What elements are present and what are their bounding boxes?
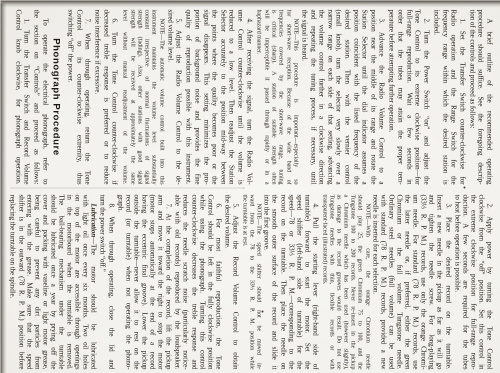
text-line: will be imperceptible if passed through …	[261, 9, 268, 184]
text-line: 2. Apply power by turning the Tone Contr…	[485, 194, 493, 369]
paragraph: 1. Turn the Transfer Switch and Record V…	[13, 9, 30, 184]
text-line: entering with the grease. Make sure that…	[25, 194, 33, 369]
paragraph: A brief outline of the recommended opera…	[467, 9, 493, 184]
paragraph: 7. When through operating, return the To…	[65, 9, 91, 184]
ink-speck	[261, 310, 263, 312]
text-line: haphazard manner.	[254, 9, 261, 184]
column-1: A brief outline of the recommended opera…	[6, 9, 493, 184]
column-2: 2. Apply power by turning the Tone Contr…	[6, 194, 493, 369]
text-line: with light oil once every six months. Tw…	[81, 194, 89, 369]
text-line: Lubrication—The motor should be lubricat…	[89, 194, 97, 369]
text-line: noise interference if excessive.	[93, 9, 102, 184]
text-line: (33⅓ R. P. M.) records, use only the ora…	[419, 194, 427, 369]
text-line: is critical (sharp). A station of suitab…	[269, 9, 276, 184]
text-line: Phonograph Procedure	[50, 9, 61, 184]
text-line: full-range reproduction. Wait a few seco…	[404, 9, 413, 184]
text-line: Selector accurately to the position mid-…	[218, 9, 227, 184]
text-line: in the motorboard when the turntable is …	[65, 194, 73, 369]
text-line: NOTE—The automatic volume control built …	[156, 9, 163, 184]
text-line: and repeating the tuning process, if nec…	[308, 9, 317, 184]
text-line: (small knob), turn the selector very slo…	[334, 9, 343, 184]
paragraph: 5. Adjust the Radio Volume Control to th…	[165, 9, 182, 184]
text-line: position coincident with the listed freq…	[351, 9, 360, 184]
text-line: strength will be received at approximate…	[127, 9, 134, 184]
text-line: A brief outline of the recommended opera…	[484, 9, 493, 184]
paragraph: 2. Turn the Power Switch “on” and adjust…	[387, 9, 430, 184]
text-line: the signal is heard.	[299, 9, 308, 184]
column-divider-line	[10, 187, 244, 188]
paragraph: 3. Place the desired record on the turnt…	[371, 194, 452, 369]
text-line: a Chromium needle which has been used (h…	[341, 194, 348, 369]
text-line: Insert a new needle in the pickup as far…	[435, 194, 443, 369]
note-paragraph: NOTE—The automatic volume control built …	[120, 9, 164, 184]
text-line: on top of the motor are accessible throu…	[73, 194, 81, 369]
text-line: clockwise from the “off” position. Set t…	[477, 194, 485, 369]
text-line: 4. After receiving the signal, turn the …	[244, 9, 253, 184]
text-line: 7. When through operating, return the To…	[83, 9, 92, 184]
text-line: turn the power switch “off.”	[98, 194, 106, 369]
text-line: cover and packing with vaseline or light…	[41, 194, 49, 369]
text-line: perature before attempting further opera…	[387, 9, 396, 184]
text-line: Control to its counter-clockwise extremi…	[74, 9, 83, 184]
text-line: ume Control counter-clockwise until the …	[235, 9, 244, 184]
paragraph: 4. After receiving the signal, turn the …	[184, 9, 253, 184]
text-line: signal disappears. This setting minimize…	[201, 9, 210, 184]
text-line: having the eccentric final groove). Lowe…	[140, 194, 148, 369]
text-line: Tungstone needles with thin, flexible re…	[327, 194, 334, 369]
text-line: with standard (78 R. P. M.) records, pro…	[379, 194, 387, 369]
text-line: order that the tubes may attain the prop…	[395, 9, 404, 184]
text-line: as damage to the record grooves would re…	[334, 194, 341, 369]
paragraph: 1. Set the Transfer Switch counter-clock…	[431, 9, 465, 184]
text-line: the latter needle or, if preferred, eith…	[403, 194, 411, 369]
text-line: desired station. Then with the vernier c…	[342, 9, 351, 184]
text-line: graph.	[116, 194, 124, 369]
text-line: duction. A few seconds are required for …	[461, 194, 469, 369]
paragraph: 5. Adjust the Record Volume Control to o…	[223, 194, 239, 369]
text-line: 8. When through operating, close the lid…	[107, 194, 115, 369]
text-line: frequency range within which the desired…	[440, 9, 449, 184]
text-line: narrow range on each side of that settin…	[325, 9, 334, 184]
text-line: level without manual readjustment of the…	[120, 9, 127, 184]
text-line: replacing the turntable on the spindle.	[8, 194, 16, 369]
paragraph: Lubrication—The motor should be lubricat…	[8, 194, 97, 369]
text-line: while using the phonograph. Turning this…	[198, 194, 206, 369]
paragraph: 8. When through operating, close the lid…	[98, 194, 114, 369]
text-line: needle is inserted for each selection.	[371, 194, 379, 369]
text-line: 6. For most faithful reproduction, the T…	[214, 194, 222, 369]
text-line: turntable) forward to start the motor. S…	[303, 194, 311, 369]
text-line: 5. Adjust the Radio Volume Control to th…	[174, 9, 183, 184]
text-line: quality of reproduction possible with th…	[184, 9, 193, 184]
text-line: able with old records) reproduced by the…	[173, 194, 181, 369]
text-line: and tighten the needle screw. For long-p…	[427, 194, 435, 369]
text-line: 1. Turn the Transfer Switch and Record V…	[22, 9, 31, 184]
text-line: the section on “Controls” and proceed as…	[32, 9, 41, 184]
text-line: The ball-bearing mechanism under the tur…	[57, 194, 65, 369]
text-line: Control knob clockwise, for phonograph o…	[13, 9, 22, 184]
text-line: arm and move it toward the right to stop…	[156, 194, 164, 369]
section-heading: Phonograph Procedure	[50, 9, 61, 184]
text-line: Control should be left in the fully cloc…	[206, 194, 214, 369]
text-line: to heat before operation is possible.	[453, 194, 461, 369]
text-line: ward from the 78 to the 33⅓ R. P. M. pos…	[247, 194, 254, 369]
text-line: instrument maintains the volume level su…	[149, 9, 156, 184]
text-line: the volume control further in a clockwis…	[317, 9, 326, 184]
text-line: 2. Turn the Power Switch “on” and adjust…	[421, 9, 430, 184]
paragraph: 6. Turn the Tone Control counter-clockwi…	[93, 9, 119, 184]
text-line: Chromium or the full volume Tungstone ne…	[395, 194, 403, 369]
text-line: Radio operation and the Range Switch for…	[449, 9, 458, 184]
note-paragraph: NOTE—This procedure is important—especia…	[254, 9, 298, 184]
text-line: record on the turntable. Then place the …	[278, 194, 286, 369]
page-text-area: A brief outline of the recommended opera…	[6, 9, 493, 369]
text-line: the points where the quality becomes poo…	[210, 9, 219, 184]
text-line: Station Selector until the dial indicato…	[360, 9, 369, 184]
text-line: transparent-faced (illustrated) records.	[320, 194, 327, 369]
text-line: the extreme clockwise position for full-…	[469, 194, 477, 369]
text-line: for short-wave reception. Because of the…	[283, 9, 290, 184]
text-line: counter-clockwise decreases the treble r…	[189, 194, 197, 369]
text-line: frequencies covered by the short-wave ra…	[276, 9, 283, 184]
ink-speck	[463, 186, 465, 188]
text-line: record (or turntable) when not operating…	[124, 194, 132, 369]
note-paragraph: NOTE—With care, the orange Chromium need…	[320, 194, 370, 369]
text-line: should be lubricated once a year by pryi…	[49, 194, 57, 369]
text-line: Tone Control to its extreme clockwise po…	[413, 9, 422, 184]
text-line: 3. Place the desired record on the turnt…	[443, 194, 451, 369]
text-line: 5. Adjust the Record Volume Control to o…	[231, 194, 239, 369]
text-line: being careful to prevent any dirt partic…	[33, 194, 41, 369]
text-line: the desired volume.	[223, 194, 231, 369]
text-line: NOTE—The speed shifter should not be mov…	[254, 194, 261, 369]
text-line: portion of background noise and provides…	[193, 9, 202, 184]
text-line: constant irrespective of normal fluctuat…	[142, 9, 149, 184]
paragraph: To operate the electrical phonograph, re…	[32, 9, 49, 184]
text-line: into the first groove.	[262, 194, 270, 369]
text-line: 3. Advance the Radio Volume Control to a	[377, 9, 386, 184]
text-line: switching “off” the power.	[65, 9, 74, 184]
text-line: position near the middle of its range an…	[368, 9, 377, 184]
text-line: NOTE—This procedure is important—especia…	[291, 9, 298, 184]
text-line: speed shifter (left-hand side of turntab…	[295, 194, 303, 369]
text-line: Tungstone 100 to 200 records. Never re-i…	[348, 194, 355, 369]
paragraph: 7. At the completion of the record, lift…	[116, 194, 173, 369]
text-line: Ordinary steel needles (full volume) can…	[387, 194, 395, 369]
paragraph: 6. For most faithful reproduction, the T…	[173, 194, 222, 369]
text-line: 6. Turn the Tone Control counter-clockwi…	[110, 9, 119, 184]
text-line: tion of the controls and proceed as foll…	[467, 9, 476, 184]
text-line: decreased treble response is preferred o…	[101, 9, 110, 184]
text-line: strength (fading). Also, other stations …	[135, 9, 142, 184]
text-line: reduced to a low level. Then readjust th…	[227, 9, 236, 184]
text-line: sired volume level.	[165, 9, 174, 184]
text-line: To operate the electrical phonograph, re…	[40, 9, 49, 184]
text-line: 4. Pull the starting lever (right-hand s…	[311, 194, 319, 369]
text-line: 7. At the completion of the record, lift…	[164, 194, 172, 369]
text-line: the turntable is at rest.	[240, 194, 247, 369]
scanned-page: A brief outline of the recommended opera…	[0, 0, 500, 373]
paragraph: 4. Pull the starting lever (right-hand s…	[262, 194, 319, 369]
paragraph: 2. Apply power by turning the Tone Contr…	[453, 194, 493, 369]
text-line: 1. Set the Transfer Switch counter-clock…	[457, 9, 466, 184]
page-sheet: A brief outline of the recommended opera…	[0, 0, 500, 373]
text-line: reduces the needle scratch noise (partic…	[181, 194, 189, 369]
text-line: shifter is in the outward (78 R. P. M.) …	[16, 194, 24, 369]
text-line: should play 25, the green Chromium 75 to…	[355, 194, 362, 369]
text-line: um needle. For standard (78 R. P. M.) re…	[411, 194, 419, 369]
text-line: NOTE—With care, the orange Chromium need…	[363, 194, 370, 369]
text-line: speed—78 or 33⅓ R. P. M.—corresponding t…	[287, 194, 295, 369]
text-line: the smooth outer surface of the record a…	[270, 194, 278, 369]
text-line: procedure should suffice. See the forego…	[476, 9, 485, 184]
note-paragraph: NOTE—The speed shifter should not be mov…	[240, 194, 261, 369]
text-line: (motor stops automatically at the end of…	[148, 194, 156, 369]
text-line: included.	[431, 9, 440, 184]
paragraph: 3. Advance the Radio Volume Control to a…	[299, 9, 385, 184]
text-line: outside the turntable—never allow it to …	[132, 194, 140, 369]
